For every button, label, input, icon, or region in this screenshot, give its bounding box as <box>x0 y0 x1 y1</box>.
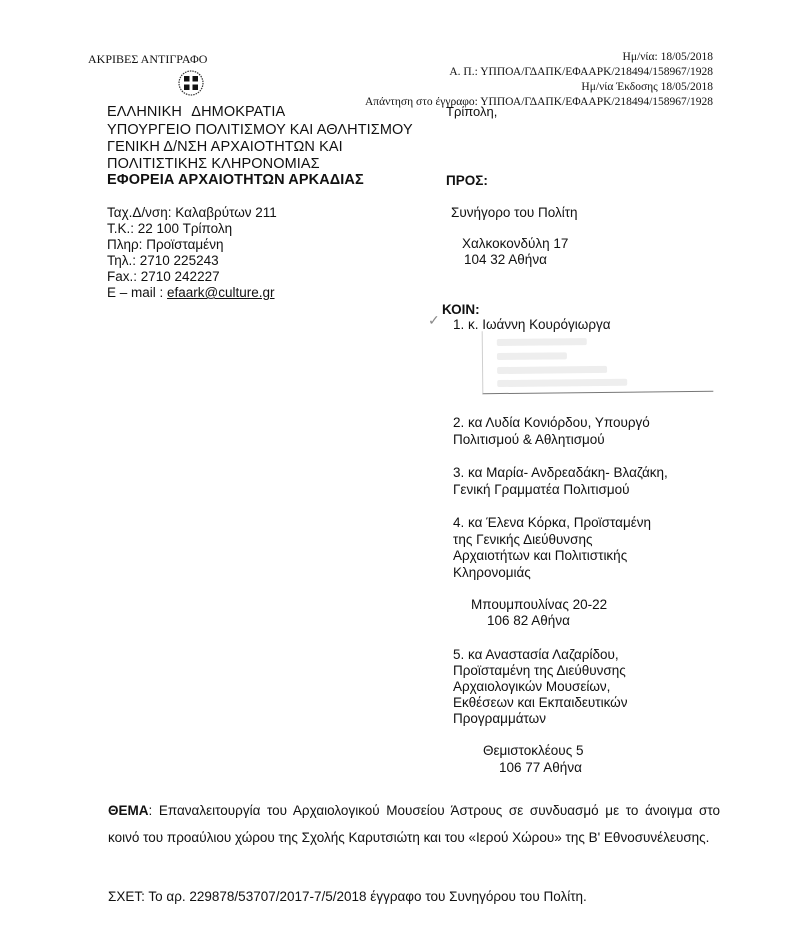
greek-coat-of-arms-icon <box>178 70 204 96</box>
document-date: Ημ/νία: 18/05/2018 <box>623 51 713 63</box>
cc-line: 4. κα Έλενα Κόρκα, Προϊσταμένη <box>453 515 651 530</box>
stamp-text-line <box>497 352 567 360</box>
stamp-text-line <box>497 366 607 374</box>
cc-heading: ΚΟΙΝ: <box>442 302 480 317</box>
cc-line: 3. κα Μαρία- Ανδρεαδάκη- Βλαζάκη, <box>453 465 668 480</box>
cc-address-line: Θεμιστοκλέους 5 <box>483 743 583 758</box>
stamp-text-line <box>497 379 627 387</box>
reply-reference: Απάντηση στο έγγραφο: ΥΠΠΟΑ/ΓΔΑΠΚ/ΕΦΑΑΡΚ… <box>365 96 713 108</box>
subject-text: : Επαναλειτουργία του Αρχαιολογικού Μουσ… <box>108 803 720 845</box>
cc-address-line: 106 77 Αθήνα <box>499 760 582 775</box>
faded-stamp <box>482 329 714 394</box>
cc-line: της Γενικής Διεύθυνσης <box>453 532 592 547</box>
cc-line: Αρχαιοτήτων και Πολιτιστικής <box>453 548 627 563</box>
contact-postal: Τ.Κ.: 22 100 Τρίπολη <box>107 221 232 236</box>
certified-copy-label: ΑΚΡΙΒΕΣ ΑΝΤΙΓΡΑΦΟ <box>88 52 207 67</box>
cc-line: Κληρονομιάς <box>453 565 531 580</box>
org-line-ministry: ΥΠΟΥΡΓΕΙΟ ΠΟΛΙΤΙΣΜΟΥ ΚΑΙ ΑΘΛΗΤΙΣΜΟΥ <box>107 122 413 138</box>
contact-address: Ταχ.Δ/νση: Καλαβρύτων 211 <box>107 205 277 220</box>
org-line-heritage: ΠΟΛΙΤΙΣΤΙΚΗΣ ΚΛΗΡΟΝΟΜΙΑΣ <box>107 156 320 172</box>
email-link[interactable]: efaark@culture.gr <box>167 285 275 300</box>
contact-phone: Τηλ.: 2710 225243 <box>107 253 219 268</box>
contact-info: Πληρ: Προϊσταμένη <box>107 237 223 252</box>
cc-line: 2. κα Λυδία Κονιόρδου, Υπουργό <box>453 415 650 430</box>
cc-line: Προγραμμάτων <box>453 711 546 726</box>
org-line-republic: ΕΛΛΗΝΙΚΗ ΔΗΜΟΚΡΑΤΙΑ <box>107 104 285 120</box>
org-line-directorate: ΓΕΝΙΚΗ Δ/ΝΣΗ ΑΡΧΑΙΟΤΗΤΩΝ ΚΑΙ <box>107 139 343 155</box>
email-label: E – mail : <box>107 285 167 300</box>
protocol-number: Α. Π.: ΥΠΠΟΑ/ΓΔΑΠΚ/ΕΦΑΑΡΚ/218494/158967/… <box>449 66 713 78</box>
subject-label: ΘΕΜΑ <box>108 803 149 818</box>
subject-paragraph: ΘΕΜΑ: Επαναλειτουργία του Αρχαιολογικού … <box>108 797 720 851</box>
checkmark-icon: ✓ <box>428 312 440 329</box>
cc-line: Προϊσταμένη της Διεύθυνσης <box>453 663 626 678</box>
cc-line: Γενική Γραμματέα Πολιτισμού <box>453 482 629 497</box>
cc-line: Εκθέσεων και Εκπαιδευτικών <box>453 695 627 710</box>
cc-address-line: 106 82 Αθήνα <box>487 613 570 628</box>
recipient-address-city: 104 32 Αθήνα <box>464 252 547 267</box>
stamp-text-line <box>497 338 587 346</box>
contact-email: E – mail : efaark@culture.gr <box>107 285 275 300</box>
recipient-address-street: Χαλκοκονδύλη 17 <box>462 236 568 251</box>
recipient-heading: ΠΡΟΣ: <box>446 173 488 188</box>
cc-address-line: Μπουμπουλίνας 20-22 <box>471 597 607 612</box>
related-reference: ΣΧΕΤ: Το αρ. 229878/53707/2017-7/5/2018 … <box>108 889 587 904</box>
issue-date: Ημ/νία Έκδοσης 18/05/2018 <box>581 81 713 93</box>
document-page: ΑΚΡΙΒΕΣ ΑΝΤΙΓΡΑΦΟ Ημ/νία: 18/05/2018 Α. … <box>0 0 806 924</box>
org-line-ephorate: ΕΦΟΡΕΙΑ ΑΡΧΑΙΟΤΗΤΩΝ ΑΡΚΑΔΙΑΣ <box>107 172 364 188</box>
cc-line: Αρχαιολογικών Μουσείων, <box>453 679 610 694</box>
cc-line: Πολιτισμού & Αθλητισμού <box>453 432 605 447</box>
cc-line: 5. κα Αναστασία Λαζαρίδου, <box>453 647 619 662</box>
recipient-name: Συνήγορο του Πολίτη <box>451 205 578 220</box>
contact-fax: Fax.: 2710 242227 <box>107 269 220 284</box>
place-label: Τρίπολη, <box>446 104 497 119</box>
